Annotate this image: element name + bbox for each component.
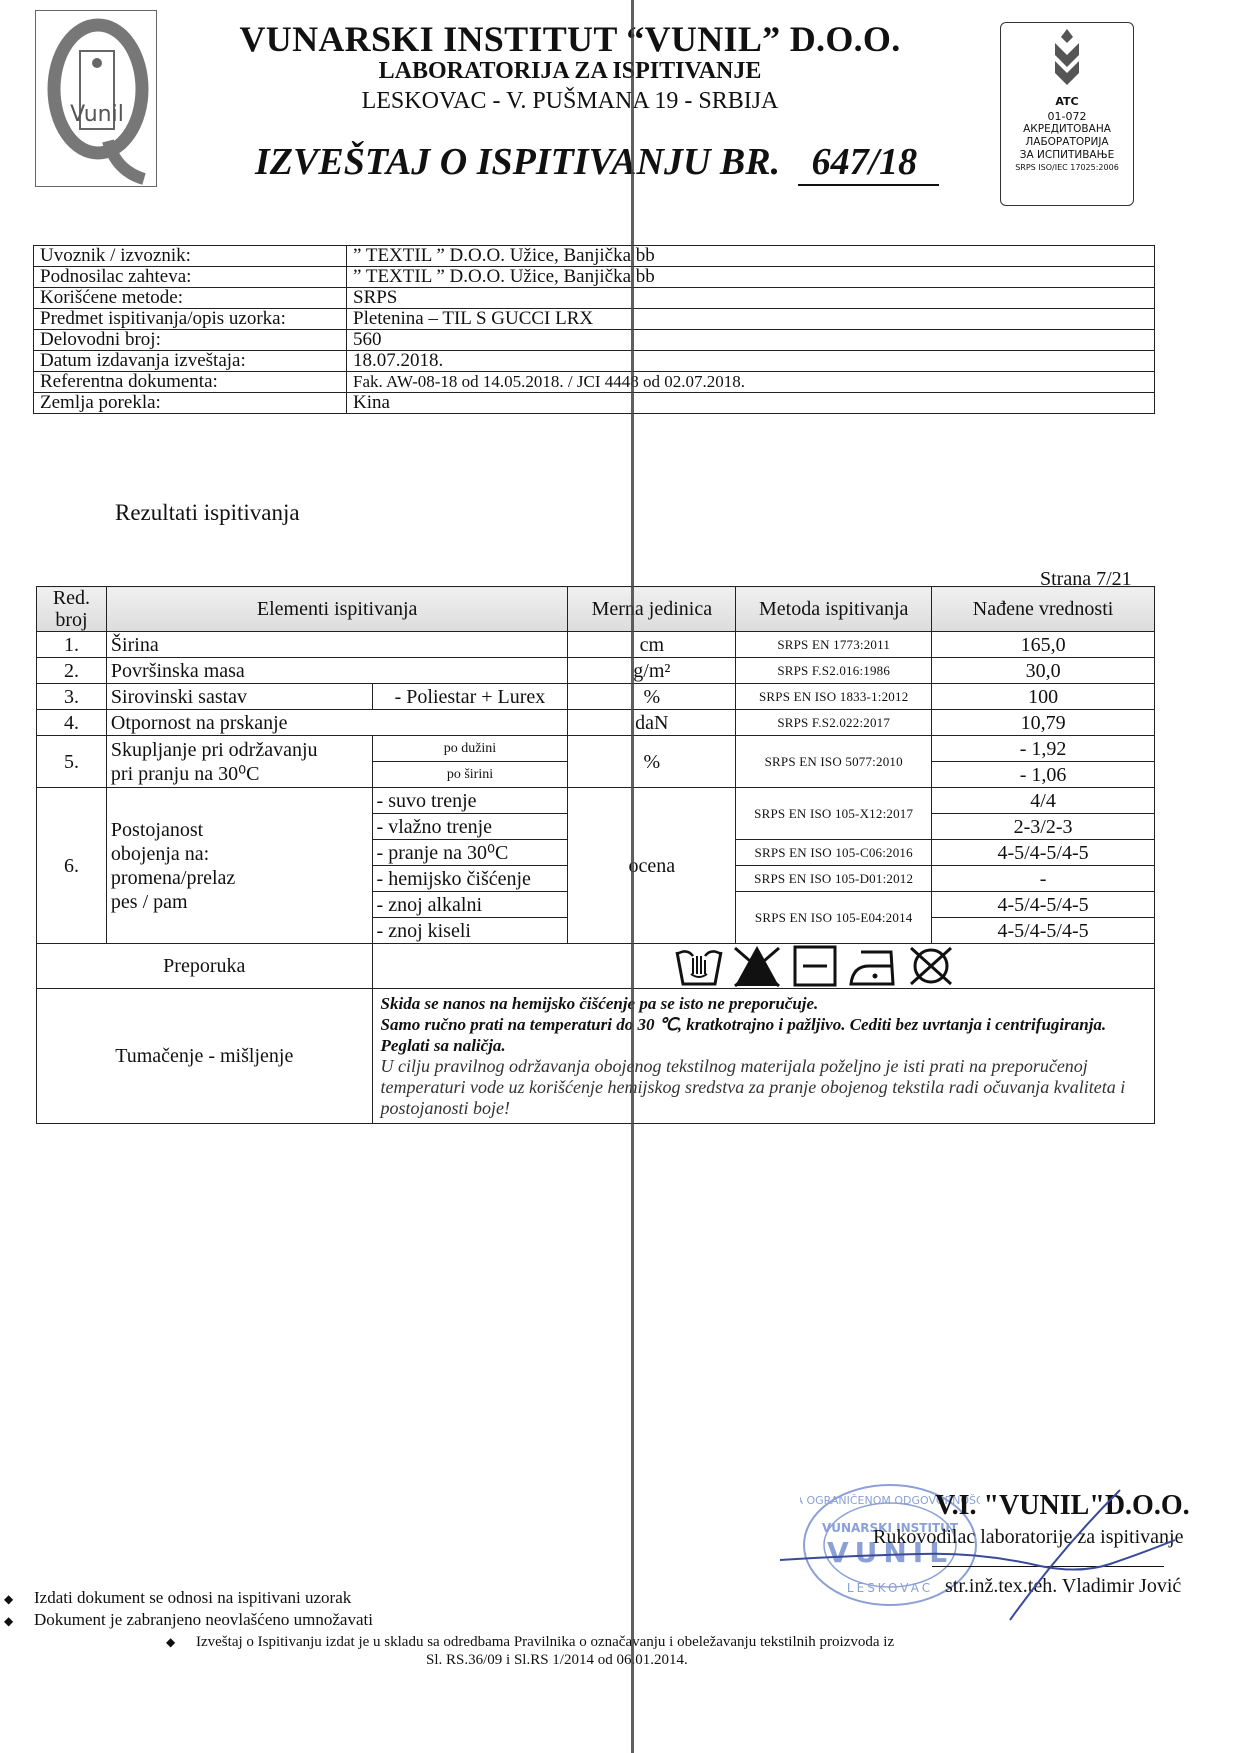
row-value: -	[932, 866, 1155, 892]
info-label: Podnosilac zahteva:	[34, 267, 347, 288]
table-row: 3. Sirovinski sastav - Poliestar + Lurex…	[37, 684, 1155, 710]
info-value: Pletenina – TIL S GUCCI LRX	[347, 309, 1155, 330]
row-value: 2-3/2-3	[932, 814, 1155, 840]
atc-line2: ЛАБОРАТОРИЈА	[1001, 136, 1133, 149]
shrinkage-line2: pri pranju na 30⁰C	[111, 762, 368, 786]
fastness-test: - vlažno trenje	[372, 814, 568, 840]
table-row: 1. Širina cm SRPS EN 1773:2011 165,0	[37, 632, 1155, 658]
footnote-item: ◆Izdati dokument se odnosi na ispitivani…	[4, 1588, 351, 1608]
row-element: Postojanost obojenja na: promena/prelaz …	[106, 788, 372, 944]
handwritten-signature-icon	[780, 1470, 1180, 1630]
shrinkage-line1: Skupljanje pri održavanju	[111, 738, 368, 762]
results-header-row: Red. broj Elementi ispitivanja Merna jed…	[37, 587, 1155, 632]
info-row: Korišćene metode:SRPS	[34, 288, 1155, 309]
row-no: 2.	[37, 658, 107, 684]
info-label: Delovodni broj:	[34, 330, 347, 351]
info-row: Delovodni broj:560	[34, 330, 1155, 351]
iron-low-icon	[847, 944, 899, 988]
row-element: Površinska masa	[106, 658, 567, 684]
interpretation-advice: U cilju pravilnog održavanja obojenog te…	[381, 1056, 1146, 1119]
fastness-test: - znoj alkalni	[372, 892, 568, 918]
row-value: - 1,06	[932, 762, 1155, 788]
hand-wash-icon	[673, 944, 725, 988]
fastness-line: obojenja na:	[111, 842, 368, 866]
row-method: SRPS EN ISO 105-D01:2012	[736, 866, 932, 892]
footnote-regulation-line2: Sl. RS.36/09 i Sl.RS 1/2014 od 06.01.201…	[426, 1652, 688, 1669]
fastness-line: pes / pam	[111, 890, 368, 914]
row-no: 3.	[37, 684, 107, 710]
atc-code: ATC	[1001, 95, 1133, 108]
header-no: Red. broj	[37, 587, 107, 632]
no-bleach-icon	[731, 944, 783, 988]
info-label: Zemlja porekla:	[34, 393, 347, 414]
row-method: SRPS EN ISO 105-C06:2016	[736, 840, 932, 866]
info-label: Uvoznik / izvoznik:	[34, 246, 347, 267]
row-no: 1.	[37, 632, 107, 658]
interpretation-text: Skida se nanos na hemijsko čišćenje pa s…	[372, 989, 1154, 1124]
info-row: Predmet ispitivanja/opis uzorka:Pletenin…	[34, 309, 1155, 330]
row-method: SRPS EN ISO 1833-1:2012	[736, 684, 932, 710]
recommendation-label: Preporuka	[37, 944, 373, 989]
care-icons	[372, 944, 1154, 989]
row-unit: ocena	[568, 788, 736, 944]
row-value: 10,79	[932, 710, 1155, 736]
row-element: Otpornost na prskanje	[106, 710, 567, 736]
header-unit: Merna jedinica	[568, 587, 736, 632]
interpretation-row: Tumačenje - mišljenje Skida se nanos na …	[37, 989, 1155, 1124]
fastness-line: promena/prelaz	[111, 866, 368, 890]
info-row: Referentna dokumenta:Fak. AW-08-18 od 14…	[34, 372, 1155, 393]
header-element: Elementi ispitivanja	[106, 587, 567, 632]
report-number: 647/18	[798, 140, 940, 186]
row-value: 4-5/4-5/4-5	[932, 840, 1155, 866]
atc-number: 01-072	[1001, 110, 1133, 123]
info-value: Kina	[347, 393, 1155, 414]
interpretation-line: Peglati sa naličja.	[381, 1035, 1146, 1056]
interpretation-label: Tumačenje - mišljenje	[37, 989, 373, 1124]
info-value: 18.07.2018.	[347, 351, 1155, 372]
row-method: SRPS EN ISO 5077:2010	[736, 736, 932, 788]
row-no: 5.	[37, 736, 107, 788]
report-info-table: Uvoznik / izvoznik:” TEXTIL ” D.O.O. Uži…	[33, 245, 1155, 414]
no-dry-clean-icon	[905, 944, 957, 988]
fastness-test: - pranje na 30⁰C	[372, 840, 568, 866]
row-method: SRPS EN ISO 105-X12:2017	[736, 788, 932, 840]
header-value: Nađene vrednosti	[932, 587, 1155, 632]
accreditation-badge: ATC 01-072 АКРЕДИТОВАНА ЛАБОРАТОРИЈА ЗА …	[1000, 22, 1134, 206]
row-detail: - Poliestar + Lurex	[372, 684, 568, 710]
table-row: 2. Površinska masa g/m² SRPS F.S2.016:19…	[37, 658, 1155, 684]
row-unit: %	[568, 736, 736, 788]
info-value: Fak. AW-08-18 od 14.05.2018. / JCI 4448 …	[347, 372, 1155, 393]
footnote-item: ◆Dokument je zabranjeno neovlašćeno umno…	[4, 1610, 373, 1630]
interpretation-line: Skida se nanos na hemijsko čišćenje pa s…	[381, 993, 1146, 1014]
row-no: 4.	[37, 710, 107, 736]
info-row: Zemlja porekla:Kina	[34, 393, 1155, 414]
row-value: 4-5/4-5/4-5	[932, 918, 1155, 944]
scan-artifact-line	[631, 0, 634, 1753]
info-row: Datum izdavanja izveštaja:18.07.2018.	[34, 351, 1155, 372]
recommendation-row: Preporuka	[37, 944, 1155, 989]
address: LESKOVAC - V. PUŠMANA 19 - SRBIJA	[200, 88, 940, 115]
atc-accreditation-mark-icon	[1047, 29, 1087, 89]
row-unit: cm	[568, 632, 736, 658]
row-value: 30,0	[932, 658, 1155, 684]
fastness-test: - hemijsko čišćenje	[372, 866, 568, 892]
table-row-fastness: 6. Postojanost obojenja na: promena/prel…	[37, 788, 1155, 814]
footnote-regulation: ◆Izveštaj o Ispitivanju izdat je u sklad…	[166, 1634, 894, 1651]
row-element: Širina	[106, 632, 567, 658]
results-table: Red. broj Elementi ispitivanja Merna jed…	[36, 586, 1155, 1124]
row-value: 100	[932, 684, 1155, 710]
footnote-text: Izveštaj o Ispitivanju izdat je u skladu…	[196, 1634, 894, 1650]
table-row: 4. Otpornost na prskanje daN SRPS F.S2.0…	[37, 710, 1155, 736]
footnote-text: Izdati dokument se odnosi na ispitivani …	[34, 1588, 351, 1607]
fastness-test: - znoj kiseli	[372, 918, 568, 944]
info-value: ” TEXTIL ” D.O.O. Užice, Banjička bb	[347, 267, 1155, 288]
row-element: Skupljanje pri održavanju pri pranju na …	[106, 736, 372, 788]
report-prefix: IZVEŠTAJ O ISPITIVANJU BR.	[255, 141, 780, 183]
vunil-q-logo-icon: Vunil	[36, 11, 156, 186]
header-method: Metoda ispitivanja	[736, 587, 932, 632]
row-value: 4/4	[932, 788, 1155, 814]
bullet-diamond-icon: ◆	[4, 1592, 34, 1607]
info-value: ” TEXTIL ” D.O.O. Užice, Banjička bb	[347, 246, 1155, 267]
fastness-test: - suvo trenje	[372, 788, 568, 814]
lab-name: LABORATORIJA ZA ISPITIVANJE	[200, 58, 940, 85]
info-row: Uvoznik / izvoznik:” TEXTIL ” D.O.O. Uži…	[34, 246, 1155, 267]
row-element: Sirovinski sastav	[106, 684, 372, 710]
bullet-diamond-icon: ◆	[166, 1635, 196, 1650]
row-unit: %	[568, 684, 736, 710]
shrinkage-sub-label: po dužini	[372, 736, 568, 762]
bullet-diamond-icon: ◆	[4, 1614, 34, 1629]
row-unit: daN	[568, 710, 736, 736]
dry-flat-icon	[789, 944, 841, 988]
atc-line3: ЗА ИСПИТИВАЊЕ	[1001, 149, 1133, 162]
info-value: 560	[347, 330, 1155, 351]
results-title: Rezultati ispitivanja	[115, 500, 300, 526]
info-row: Podnosilac zahteva:” TEXTIL ” D.O.O. Uži…	[34, 267, 1155, 288]
vunil-logo: Vunil	[35, 10, 157, 187]
row-method: SRPS EN ISO 105-E04:2014	[736, 892, 932, 944]
info-label: Referentna dokumenta:	[34, 372, 347, 393]
table-row-shrinkage: 5. Skupljanje pri održavanju pri pranju …	[37, 736, 1155, 762]
atc-standard: SRPS ISO/IEC 17025:2006	[1001, 163, 1133, 172]
row-method: SRPS EN 1773:2011	[736, 632, 932, 658]
row-value: 165,0	[932, 632, 1155, 658]
row-value: 4-5/4-5/4-5	[932, 892, 1155, 918]
report-title: IZVEŠTAJ O ISPITIVANJU BR. 647/18	[255, 140, 939, 186]
info-label: Predmet ispitivanja/opis uzorka:	[34, 309, 347, 330]
svg-text:Vunil: Vunil	[70, 102, 124, 127]
institute-name: VUNARSKI INSTITUT “VUNIL” D.O.O.	[200, 18, 940, 60]
shrinkage-sub-label: po širini	[372, 762, 568, 788]
fastness-line: Postojanost	[111, 818, 368, 842]
info-value: SRPS	[347, 288, 1155, 309]
row-value: - 1,92	[932, 736, 1155, 762]
atc-line1: АКРЕДИТОВАНА	[1001, 123, 1133, 136]
row-no: 6.	[37, 788, 107, 944]
footnote-text: Dokument je zabranjeno neovlašćeno umnož…	[34, 1610, 373, 1629]
info-label: Datum izdavanja izveštaja:	[34, 351, 347, 372]
interpretation-line: Samo ručno prati na temperaturi do 30 ℃,…	[381, 1014, 1146, 1035]
info-label: Korišćene metode:	[34, 288, 347, 309]
row-method: SRPS F.S2.016:1986	[736, 658, 932, 684]
row-method: SRPS F.S2.022:2017	[736, 710, 932, 736]
row-unit: g/m²	[568, 658, 736, 684]
